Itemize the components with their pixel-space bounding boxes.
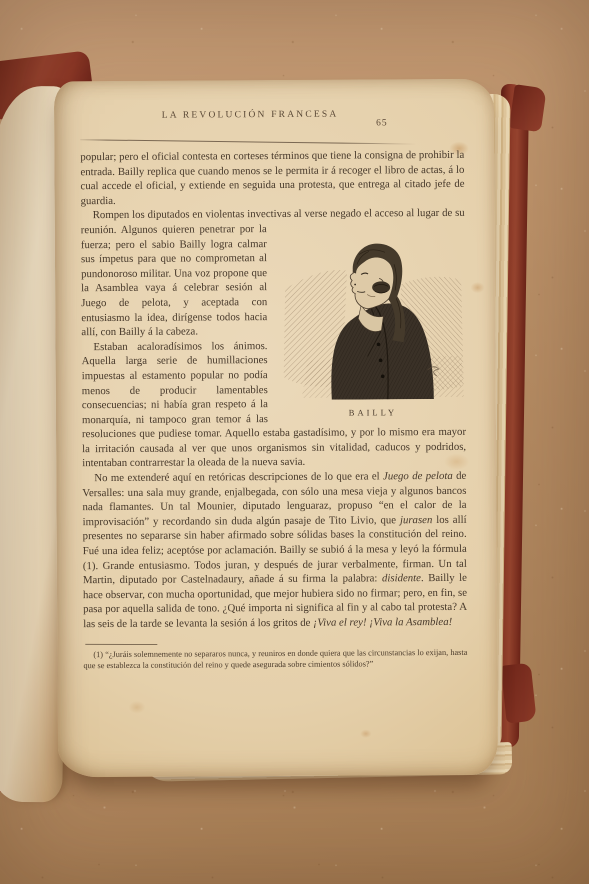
bailly-figure: BAILLY [279,234,466,421]
footnote: (1) “¿Juráis solemnemente no separaros n… [83,647,467,671]
header-rule [80,139,416,144]
page-header: LA REVOLUCIÓN FRANCESA 65 [80,109,464,129]
book-photo-scene: LA REVOLUCIÓN FRANCESA 65 popular; pero … [0,0,589,884]
figure-caption: BAILLY [280,405,466,421]
footnote-separator [85,644,157,645]
bailly-portrait-engraving [279,234,466,400]
book-page: LA REVOLUCIÓN FRANCESA 65 popular; pero … [54,79,498,778]
running-title: LA REVOLUCIÓN FRANCESA [80,109,420,121]
paragraph-4: No me extenderé aquí en retóricas descri… [82,469,467,632]
page-body: popular; pero el oficial contesta en cor… [80,148,467,672]
paragraph-1: popular; pero el oficial contesta en cor… [80,148,464,209]
page-number: 65 [376,118,388,128]
paragraph-2: Rompen los diputados en violentas invect… [81,206,466,340]
paragraph-2-start: Rompen los diputados en violentas invect… [93,208,375,222]
page-content: LA REVOLUCIÓN FRANCESA 65 popular; pero … [80,109,467,672]
